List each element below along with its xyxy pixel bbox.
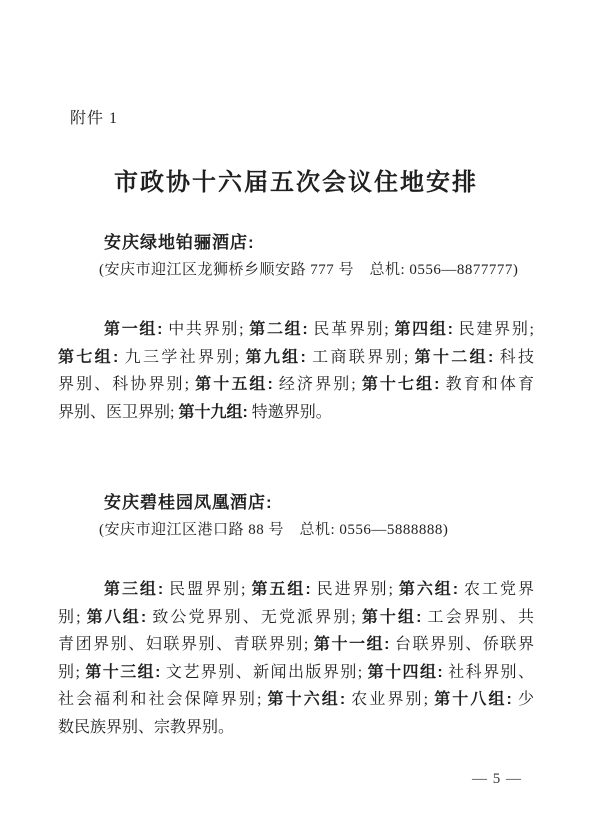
group-members: 科技 bbox=[493, 349, 534, 366]
group-members: 界别、科协界别; bbox=[58, 376, 195, 393]
group-members: 数民族界别、宗教界别。 bbox=[58, 719, 234, 736]
group-members: 九三学社界别; bbox=[118, 349, 245, 366]
attachment-label: 附件 1 bbox=[70, 105, 118, 128]
group-members: 致公党界别、无党派界别; bbox=[146, 609, 362, 626]
group-line: 数民族界别、宗教界别。 bbox=[58, 714, 534, 742]
group-label: 第十三组: bbox=[85, 664, 160, 681]
group-label: 第十二组: bbox=[415, 349, 494, 366]
group-label: 第十一组: bbox=[314, 636, 390, 653]
group-line: 别; 第十三组: 文艺界别、新闻出版界别; 第十四组: 社科界别、 bbox=[58, 659, 534, 687]
group-members: 民进界别; bbox=[311, 581, 399, 598]
group-line: 第七组: 九三学社界别; 第九组: 工商联界别; 第十二组: 科技 bbox=[58, 344, 534, 372]
group-members: 农工党界 bbox=[458, 581, 534, 598]
group-members: 民建界别; bbox=[453, 321, 534, 338]
group-label: 第十七组: bbox=[362, 376, 440, 393]
document-page: 附件 1 市政协十六届五次会议住地安排 安庆绿地铂骊酒店: (安庆市迎江区龙狮桥… bbox=[0, 0, 592, 834]
group-label: 第八组: bbox=[87, 609, 147, 626]
group-line: 别; 第八组: 致公党界别、无党派界别; 第十组: 工会界别、共 bbox=[58, 604, 534, 632]
group-members: 文艺界别、新闻出版界别; bbox=[160, 664, 367, 681]
group-line: 第三组: 民盟界别; 第五组: 民进界别; 第六组: 农工党界 bbox=[58, 576, 534, 604]
group-members: 中共界别; bbox=[162, 321, 249, 338]
group-members: 界别、医卫界别; bbox=[58, 404, 178, 421]
group-members: 教育和体育 bbox=[440, 376, 534, 393]
group-label: 第十九组: bbox=[178, 404, 247, 421]
group-line: 界别、科协界别; 第十五组: 经济界别; 第十七组: 教育和体育 bbox=[58, 371, 534, 399]
group-members: 工商联界别; bbox=[306, 349, 415, 366]
group-line: 界别、医卫界别; 第十九组: 特邀界别。 bbox=[58, 399, 534, 427]
group-members: 青团界别、妇联界别、青联界别; bbox=[58, 636, 314, 653]
hotel-address: (安庆市迎江区港口路 88 号 总机: 0556—5888888) bbox=[99, 519, 592, 541]
group-members: 台联界别、侨联界 bbox=[389, 636, 534, 653]
group-label: 第六组: bbox=[399, 581, 458, 598]
group-label: 第五组: bbox=[251, 581, 310, 598]
hotel-address: (安庆市迎江区龙狮桥乡顺安路 777 号 总机: 0556—8877777) bbox=[99, 259, 592, 281]
hotel-section-1: 安庆绿地铂骊酒店: (安庆市迎江区龙狮桥乡顺安路 777 号 总机: 0556—… bbox=[0, 232, 592, 426]
page-title: 市政协十六届五次会议住地安排 bbox=[0, 162, 592, 197]
group-line: 青团界别、妇联界别、青联界别; 第十一组: 台联界别、侨联界 bbox=[58, 631, 534, 659]
group-line: 第一组: 中共界别; 第二组: 民革界别; 第四组: 民建界别; bbox=[58, 316, 534, 344]
group-members: 社会福利和社会保障界别; bbox=[58, 691, 268, 708]
group-assignments: 第三组: 民盟界别; 第五组: 民进界别; 第六组: 农工党界别; 第八组: 致… bbox=[58, 576, 534, 742]
group-label: 第三组: bbox=[104, 581, 163, 598]
group-members: 社科界别、 bbox=[443, 664, 534, 681]
group-label: 第七组: bbox=[58, 349, 118, 366]
group-assignments: 第一组: 中共界别; 第二组: 民革界别; 第四组: 民建界别;第七组: 九三学… bbox=[58, 316, 534, 426]
page-number: — 5 — bbox=[472, 771, 522, 788]
group-members: 民盟界别; bbox=[163, 581, 251, 598]
group-members: 工会界别、共 bbox=[421, 609, 534, 626]
group-label: 第四组: bbox=[394, 321, 452, 338]
group-members: 农业界别; bbox=[345, 691, 434, 708]
group-members: 特邀界别。 bbox=[248, 404, 332, 421]
group-label: 第一组: bbox=[104, 321, 162, 338]
group-line: 社会福利和社会保障界别; 第十六组: 农业界别; 第十八组: 少 bbox=[58, 686, 534, 714]
group-members: 别; bbox=[58, 609, 87, 626]
group-label: 第九组: bbox=[245, 349, 305, 366]
group-label: 第十六组: bbox=[268, 691, 346, 708]
hotel-name: 安庆绿地铂骊酒店: bbox=[104, 232, 592, 254]
group-members: 少 bbox=[512, 691, 534, 708]
group-label: 第十组: bbox=[362, 609, 422, 626]
group-label: 第二组: bbox=[249, 321, 307, 338]
hotel-section-2: 安庆碧桂园凤凰酒店: (安庆市迎江区港口路 88 号 总机: 0556—5888… bbox=[0, 492, 592, 742]
group-label: 第十五组: bbox=[195, 376, 273, 393]
group-members: 经济界别; bbox=[273, 376, 362, 393]
group-members: 民革界别; bbox=[308, 321, 395, 338]
group-label: 第十八组: bbox=[434, 691, 512, 708]
group-members: 别; bbox=[58, 664, 85, 681]
hotel-name: 安庆碧桂园凤凰酒店: bbox=[104, 492, 592, 514]
group-label: 第十四组: bbox=[368, 664, 443, 681]
